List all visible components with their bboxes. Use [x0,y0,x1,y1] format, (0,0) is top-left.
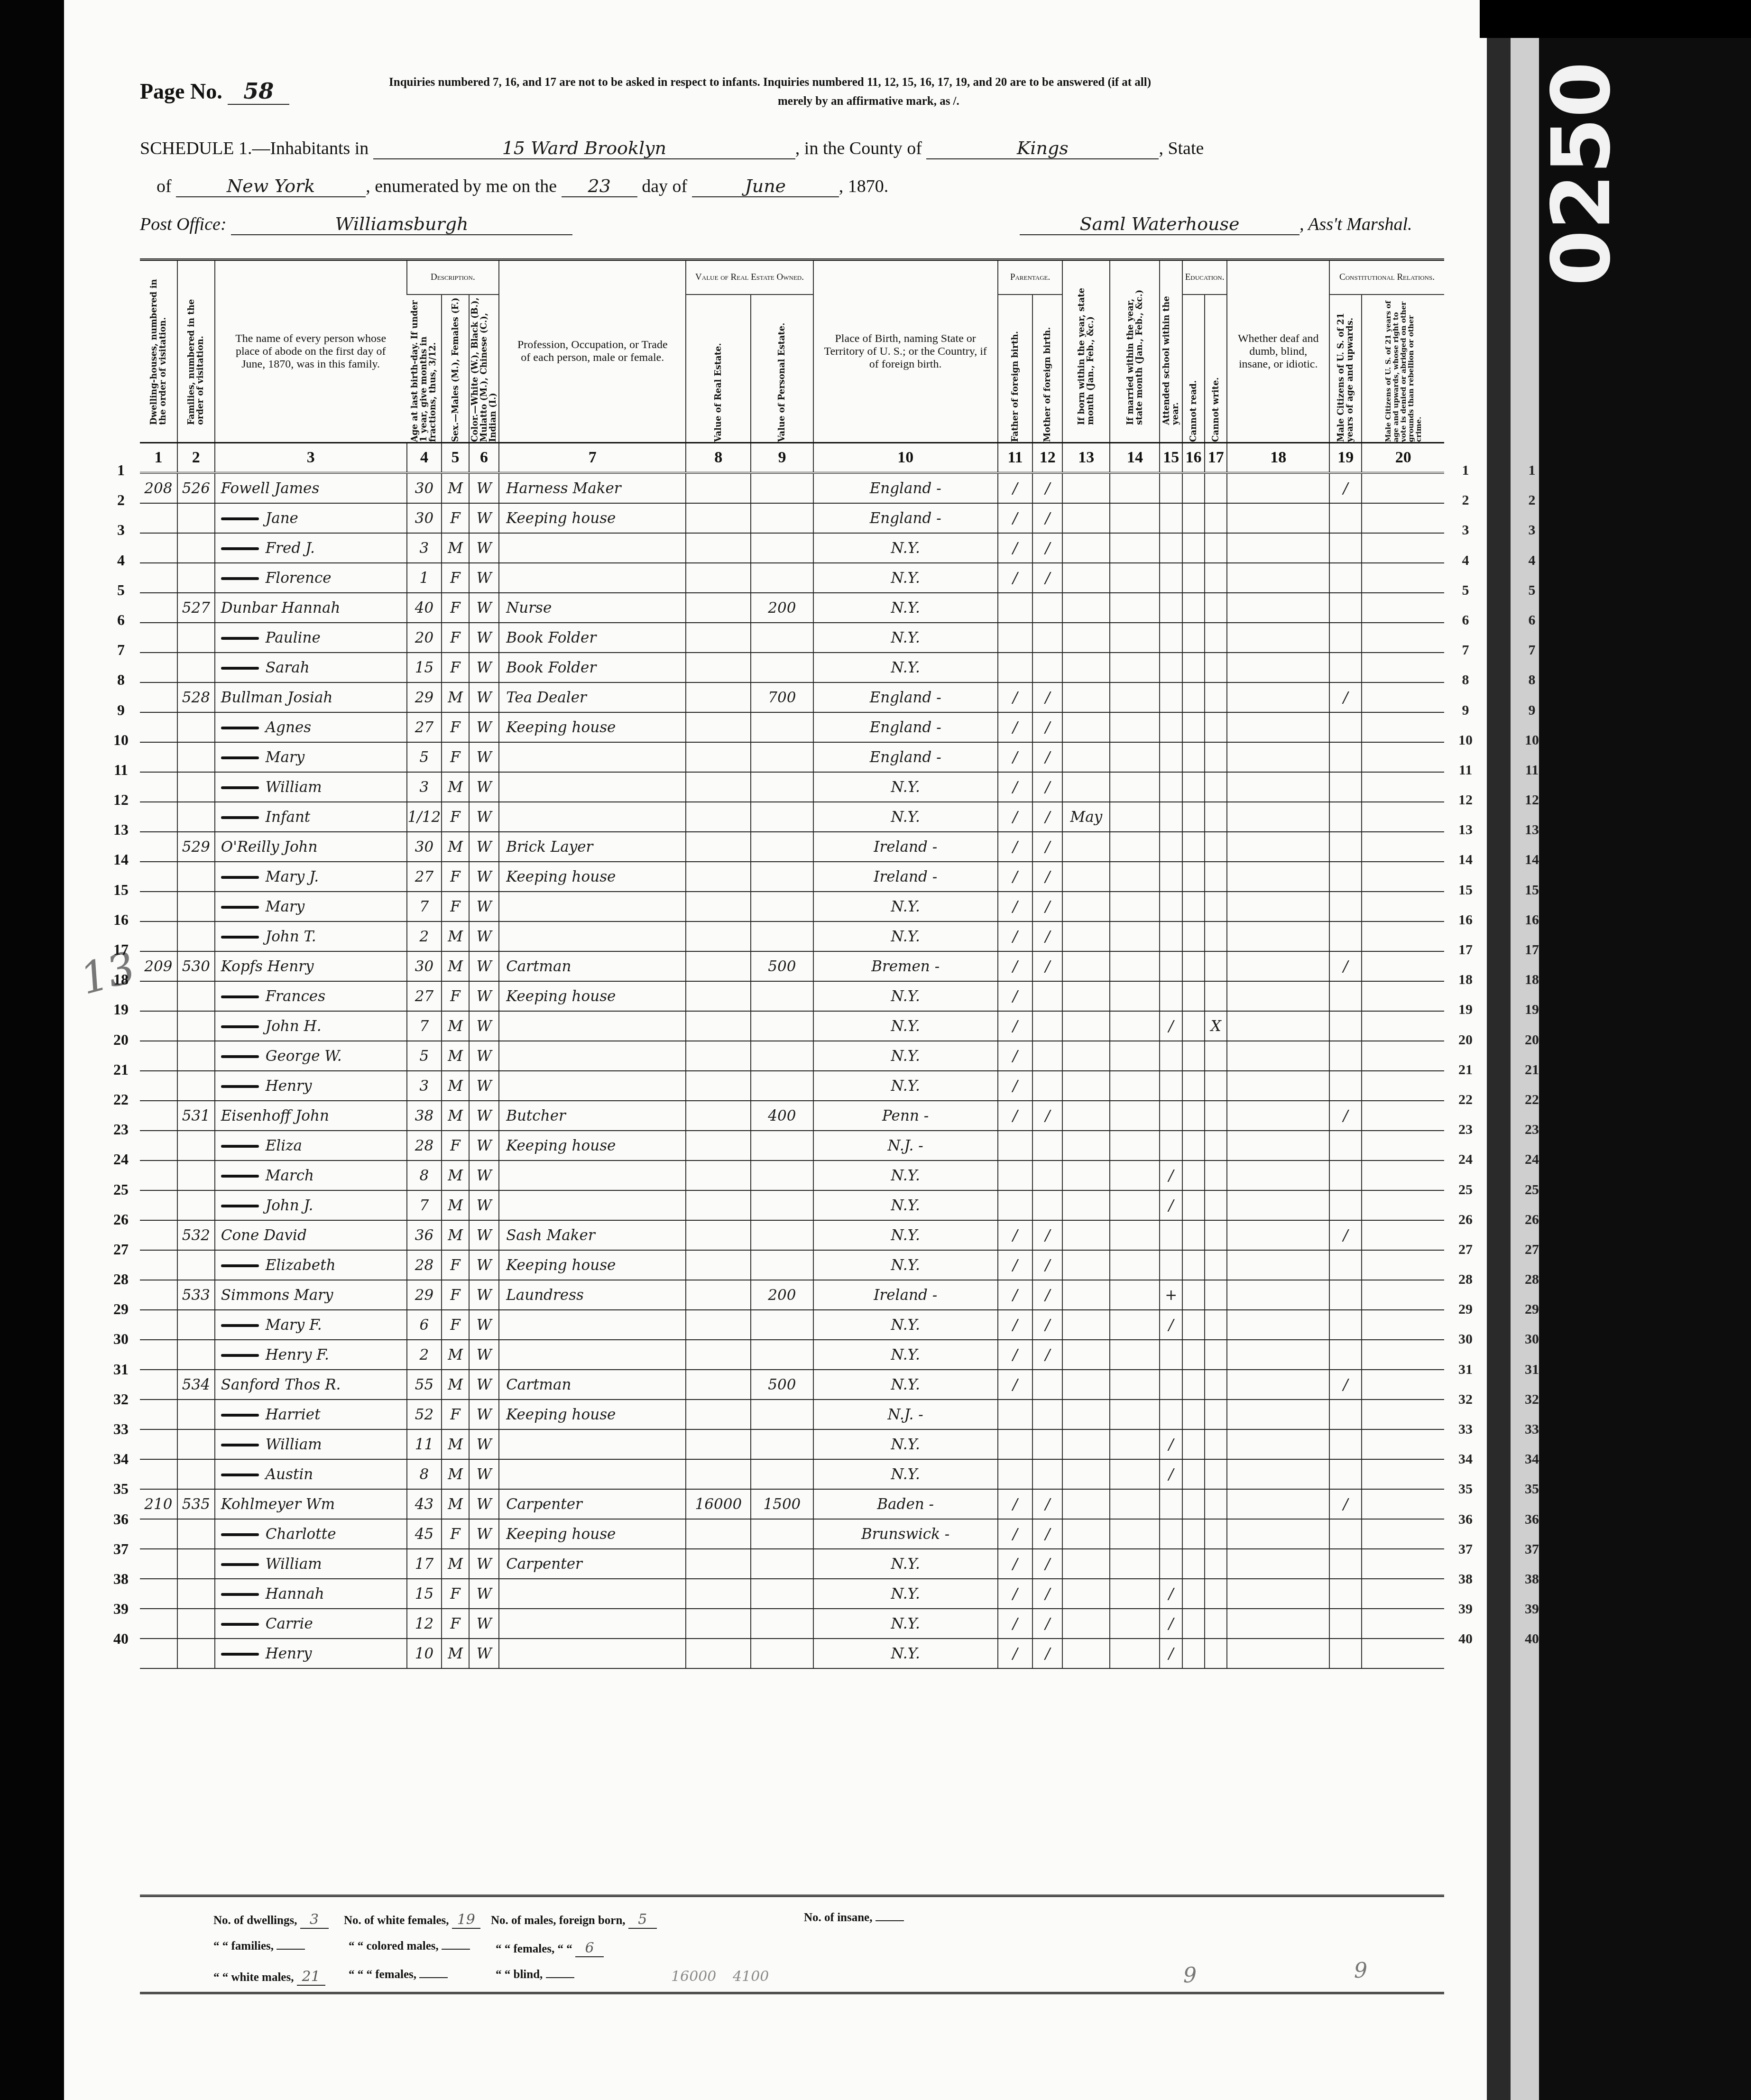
occupation-cell [499,1459,686,1489]
birthplace-cell: Penn - [813,1101,998,1131]
vote-denied-cell [1362,1131,1444,1161]
dwelling-number-cell [140,862,177,892]
male-citizen-cell [1329,653,1362,682]
cannot-read-cell [1182,892,1205,921]
real-estate-value-cell [686,712,751,742]
person-name: Simmons Mary [221,1287,333,1304]
line-number: 39 [1447,1594,1484,1624]
personal-estate-value-cell [751,1220,813,1250]
person-name: John T. [266,928,316,945]
real-estate-value-cell [686,951,751,981]
line-number: 17 [102,935,140,965]
page-number: 58 [228,78,289,105]
male-citizen-cell [1329,892,1362,921]
birthplace-cell: Brunswick - [813,1519,998,1549]
vote-denied-cell [1362,593,1444,623]
cannot-read-cell [1182,742,1205,772]
column-number: 17 [1205,443,1227,473]
personal-estate-value-cell [751,772,813,802]
deaf-blind-cell [1227,1549,1329,1579]
color-cell: W [469,1041,499,1071]
deaf-blind-cell [1227,1011,1329,1041]
table-row: William11MWN.Y./ [140,1429,1444,1459]
married-month-cell [1110,951,1160,981]
dwelling-number-cell [140,593,177,623]
cannot-write-cell [1205,832,1227,862]
line-number: 37 [1513,1534,1551,1564]
real-estate-value-cell [686,802,751,832]
sex-cell: M [442,1190,469,1220]
dwelling-number-cell [140,1370,177,1400]
sex-cell: F [442,892,469,921]
vote-denied-cell [1362,533,1444,563]
line-number: 26 [1447,1205,1484,1234]
ditto-dash [221,1593,259,1596]
birthplace-cell: N.Y. [813,1190,998,1220]
married-month-cell [1110,921,1160,951]
enumeration-line: of New York, enumerated by me on the 23 … [157,175,888,197]
father-foreign-cell: / [998,862,1033,892]
age-cell: 3 [407,533,442,563]
male-citizen-cell: / [1329,682,1362,712]
born-month-cell [1062,503,1110,533]
dwelling-number-cell [140,1101,177,1131]
foreign-males-value: 5 [628,1911,657,1929]
vote-denied-cell [1362,1370,1444,1400]
married-month-cell [1110,1071,1160,1101]
male-citizen-cell [1329,1041,1362,1071]
color-cell: W [469,1220,499,1250]
married-month-cell [1110,563,1160,593]
line-number: 12 [1513,785,1551,815]
col-header-father-foreign: Father of foreign birth. [998,295,1033,443]
ditto-dash [221,1264,259,1267]
column-number: 14 [1110,443,1160,473]
instructions-line-1: Inquiries numbered 7, 16, and 17 are not… [389,76,1151,89]
attended-school-cell [1160,981,1182,1011]
married-month-cell [1110,712,1160,742]
married-month-cell [1110,1041,1160,1071]
born-month-cell [1062,1579,1110,1609]
occupation-cell [499,802,686,832]
dwelling-number-cell [140,1609,177,1639]
day-of-label: day of [642,176,687,196]
mother-foreign-cell: / [1032,563,1062,593]
father-foreign-cell: / [998,682,1033,712]
vote-denied-cell [1362,1071,1444,1101]
table-row: Frances27FWKeeping houseN.Y./ [140,981,1444,1011]
cannot-write-cell [1205,563,1227,593]
born-month-cell [1062,623,1110,653]
family-number-cell: 526 [177,473,215,503]
color-cell: W [469,1370,499,1400]
cannot-read-cell [1182,712,1205,742]
personal-estate-value-cell [751,832,813,862]
line-number: 25 [1513,1175,1551,1205]
ditto-dash [221,1354,259,1357]
occupation-cell: Keeping house [499,1400,686,1429]
person-name: Frances [266,988,325,1005]
summary-foreign-males: No. of males, foreign born, 5 [491,1911,657,1929]
sex-cell: F [442,1519,469,1549]
line-number: 18 [1513,965,1551,995]
age-cell: 7 [407,1190,442,1220]
line-number: 16 [102,905,140,935]
age-cell: 3 [407,772,442,802]
family-number-cell [177,1041,215,1071]
cannot-write-cell [1205,1340,1227,1370]
birthplace-cell: N.Y. [813,1011,998,1041]
person-name: Dunbar Hannah [221,599,341,617]
vote-denied-cell [1362,1250,1444,1280]
birthplace-cell: N.Y. [813,1220,998,1250]
sex-cell: M [442,1071,469,1101]
personal-estate-value-cell: 400 [751,1101,813,1131]
line-number: 27 [102,1234,140,1264]
column-number: 12 [1032,443,1062,473]
cannot-write-cell [1205,1041,1227,1071]
ditto-dash [221,727,259,729]
father-foreign-cell: / [998,921,1033,951]
born-month-cell [1062,1400,1110,1429]
occupation-cell: Tea Dealer [499,682,686,712]
blind-value [546,1977,574,1978]
vote-denied-cell [1362,682,1444,712]
vote-denied-cell [1362,563,1444,593]
age-cell: 30 [407,832,442,862]
family-number-cell [177,503,215,533]
cannot-read-cell [1182,1190,1205,1220]
vote-denied-cell [1362,1310,1444,1340]
census-table: Dwelling-houses, numbered in the order o… [140,258,1444,1669]
column-number: 18 [1227,443,1329,473]
personal-estate-value-cell [751,1579,813,1609]
vote-denied-cell [1362,1041,1444,1071]
sex-cell: F [442,981,469,1011]
birthplace-cell: England - [813,682,998,712]
line-number: 1 [1513,455,1551,485]
color-cell: W [469,1280,499,1310]
vote-denied-cell [1362,1489,1444,1519]
sex-cell: M [442,533,469,563]
col-header-school: Attended school within the year. [1160,261,1182,443]
deaf-blind-cell [1227,1489,1329,1519]
cannot-read-cell [1182,593,1205,623]
personal-estate-value-cell: 200 [751,1280,813,1310]
married-month-cell [1110,473,1160,503]
line-number: 34 [1513,1444,1551,1474]
personal-estate-value-cell: 200 [751,593,813,623]
mother-foreign-cell [1032,1429,1062,1459]
sex-cell: M [442,921,469,951]
male-citizen-cell [1329,921,1362,951]
occupation-cell: Sash Maker [499,1220,686,1250]
attended-school-cell [1160,892,1182,921]
occupation-cell [499,1071,686,1101]
male-citizen-cell: / [1329,1220,1362,1250]
born-month-cell [1062,653,1110,682]
attended-school-cell [1160,1370,1182,1400]
table-row: 210535Kohlmeyer Wm43MWCarpenter160001500… [140,1489,1444,1519]
mother-foreign-cell [1032,981,1062,1011]
married-month-cell [1110,1340,1160,1370]
deaf-blind-cell [1227,1041,1329,1071]
personal-estate-value-cell [751,1190,813,1220]
deaf-blind-cell [1227,1609,1329,1639]
mother-foreign-cell [1032,1370,1062,1400]
person-name: Jane [266,510,298,527]
line-number: 24 [102,1144,140,1174]
cannot-write-cell [1205,682,1227,712]
personal-estate-total: 4100 [733,1968,769,1985]
occupation-cell [499,1310,686,1340]
person-name: Elizabeth [266,1257,336,1274]
line-number: 10 [1513,725,1551,755]
vote-denied-cell [1362,1639,1444,1668]
attended-school-cell [1160,473,1182,503]
deaf-blind-cell [1227,1250,1329,1280]
vote-denied-cell [1362,503,1444,533]
deaf-blind-cell [1227,802,1329,832]
summary-colored-males: “ “ colored males, [349,1940,470,1953]
line-number: 13 [1513,815,1551,845]
birthplace-cell: N.Y. [813,1459,998,1489]
cannot-read-cell [1182,473,1205,503]
born-month-cell [1062,1370,1110,1400]
person-name: O'Reilly John [221,838,318,856]
mother-foreign-cell: / [1032,1340,1062,1370]
summary-families: “ “ families, [213,1940,305,1953]
dwelling-number-cell [140,682,177,712]
ditto-dash [221,1653,259,1656]
deaf-blind-cell [1227,473,1329,503]
attended-school-cell [1160,1220,1182,1250]
family-number-cell [177,1519,215,1549]
father-foreign-cell: / [998,1549,1033,1579]
father-foreign-cell: / [998,1071,1033,1101]
person-name: Pauline [266,629,321,646]
sex-cell: F [442,1400,469,1429]
male-citizen-cell: / [1329,1101,1362,1131]
married-month-cell [1110,503,1160,533]
occupation-cell [499,742,686,772]
real-estate-value-cell [686,1609,751,1639]
ditto-dash [221,816,259,819]
vote-denied-cell [1362,653,1444,682]
table-row: Pauline20FWBook FolderN.Y. [140,623,1444,653]
deaf-blind-cell [1227,712,1329,742]
line-number: 11 [1513,755,1551,785]
col-header-dwelling: Dwelling-houses, numbered in the order o… [140,261,177,443]
father-foreign-cell: / [998,1250,1033,1280]
family-number-cell [177,802,215,832]
vote-denied-cell [1362,1579,1444,1609]
birthplace-cell: England - [813,503,998,533]
person-name: Sarah [266,659,310,676]
married-month-cell [1110,772,1160,802]
person-name: Henry [266,1645,312,1662]
dwelling-number-cell [140,1549,177,1579]
dwelling-number-cell [140,921,177,951]
real-estate-value-cell [686,1459,751,1489]
line-number: 8 [1447,665,1484,695]
married-month-cell [1110,653,1160,682]
person-name: Austin [266,1466,313,1483]
attended-school-cell [1160,533,1182,563]
col-header-birthplace: Place of Birth, naming State or Territor… [813,261,998,443]
color-cell: W [469,712,499,742]
line-number: 8 [1513,665,1551,695]
male-citizen-cell [1329,1071,1362,1101]
table-row: George W.5MWN.Y./ [140,1041,1444,1071]
line-number: 21 [1447,1055,1484,1085]
father-foreign-cell [998,593,1033,623]
ditto-dash [221,667,259,670]
ditto-dash [221,756,259,759]
person-name: Eisenhoff John [221,1107,329,1124]
person-name: Eliza [266,1137,302,1154]
table-row: Harriet52FWKeeping houseN.J. - [140,1400,1444,1429]
column-number: 8 [686,443,751,473]
table-row: 534Sanford Thos R.55MWCartman500N.Y.// [140,1370,1444,1400]
line-number: 40 [1513,1624,1551,1654]
person-name: Henry F. [266,1346,329,1363]
real-estate-value-cell: 16000 [686,1489,751,1519]
family-number-cell: 527 [177,593,215,623]
person-name-cell: Eisenhoff John [215,1101,407,1131]
line-number: 13 [1447,815,1484,845]
occupation-cell: Keeping house [499,1131,686,1161]
male-citizen-cell [1329,1579,1362,1609]
birthplace-cell: N.Y. [813,1579,998,1609]
person-name: Charlotte [266,1526,336,1543]
mother-foreign-cell: / [1032,1310,1062,1340]
age-cell: 1 [407,563,442,593]
birthplace-cell: N.Y. [813,1310,998,1340]
cannot-read-cell [1182,1101,1205,1131]
vote-denied-cell [1362,1220,1444,1250]
birthplace-cell: Ireland - [813,1280,998,1310]
deaf-blind-cell [1227,1370,1329,1400]
line-number: 36 [1513,1504,1551,1534]
cannot-read-cell [1182,1400,1205,1429]
person-name: George W. [266,1048,342,1065]
person-name: Florence [266,570,332,587]
personal-estate-value-cell [751,473,813,503]
person-name: Infant [266,809,311,826]
color-cell: W [469,563,499,593]
age-cell: 28 [407,1131,442,1161]
person-name-cell: Pauline [215,623,407,653]
deaf-blind-cell [1227,1459,1329,1489]
line-number: 30 [1513,1324,1551,1354]
married-month-cell [1110,593,1160,623]
attended-school-cell [1160,503,1182,533]
born-month-cell [1062,1489,1110,1519]
person-name-cell: Sarah [215,653,407,682]
married-month-cell [1110,981,1160,1011]
line-number: 1 [102,455,140,485]
real-estate-value-cell [686,1161,751,1190]
mother-foreign-cell: / [1032,892,1062,921]
cannot-write-cell [1205,921,1227,951]
column-number: 2 [177,443,215,473]
line-number: 15 [1447,875,1484,905]
line-number: 15 [1513,875,1551,905]
line-number: 6 [102,605,140,635]
cannot-read-cell [1182,1131,1205,1161]
column-number: 4 [407,443,442,473]
father-foreign-cell: / [998,1579,1033,1609]
table-row: Mary7FWN.Y.// [140,892,1444,921]
year-label: , 1870. [839,176,889,196]
table-row: 533Simmons Mary29FWLaundress200Ireland -… [140,1280,1444,1310]
person-name: March [266,1167,314,1184]
person-name-cell: Mary [215,892,407,921]
age-cell: 6 [407,1310,442,1340]
dwelling-number-cell [140,772,177,802]
married-month-cell [1110,1489,1160,1519]
vote-denied-cell [1362,1519,1444,1549]
column-number: 5 [442,443,469,473]
marshal-signature: Saml Waterhouse [1020,213,1299,235]
age-cell: 3 [407,1071,442,1101]
real-estate-value-cell [686,1280,751,1310]
occupation-cell [499,1041,686,1071]
born-month-cell [1062,1011,1110,1041]
dwelling-number-cell: 210 [140,1489,177,1519]
real-estate-value-cell [686,473,751,503]
cannot-read-cell [1182,1220,1205,1250]
ditto-dash [221,637,259,640]
vote-denied-cell [1362,951,1444,981]
line-number: 40 [102,1624,140,1654]
deaf-blind-cell [1227,772,1329,802]
father-foreign-cell: / [998,802,1033,832]
mother-foreign-cell [1032,1459,1062,1489]
sex-cell: M [442,1549,469,1579]
cannot-write-cell [1205,712,1227,742]
real-estate-value-cell [686,1071,751,1101]
real-estate-value-cell [686,921,751,951]
born-month-cell [1062,1280,1110,1310]
father-foreign-cell [998,653,1033,682]
age-cell: 11 [407,1429,442,1459]
male-citizen-cell [1329,1429,1362,1459]
cannot-write-cell [1205,1250,1227,1280]
line-number: 6 [1447,605,1484,635]
occupation-cell [499,1161,686,1190]
real-estate-value-cell [686,503,751,533]
line-number: 21 [102,1055,140,1085]
line-number: 24 [1513,1144,1551,1174]
table-row: 208526Fowell James30MWHarness MakerEngla… [140,473,1444,503]
born-month-cell [1062,862,1110,892]
color-cell: W [469,1161,499,1190]
sex-cell: F [442,593,469,623]
married-month-cell [1110,832,1160,862]
line-number: 32 [1513,1384,1551,1414]
column-number: 9 [751,443,813,473]
age-cell: 30 [407,951,442,981]
dwelling-number-cell [140,1190,177,1220]
color-cell: W [469,1579,499,1609]
marshal-label: , Ass't Marshal. [1299,214,1412,234]
line-number: 22 [1513,1085,1551,1114]
occupation-cell [499,563,686,593]
occupation-cell: Brick Layer [499,832,686,862]
line-number: 29 [1513,1294,1551,1324]
